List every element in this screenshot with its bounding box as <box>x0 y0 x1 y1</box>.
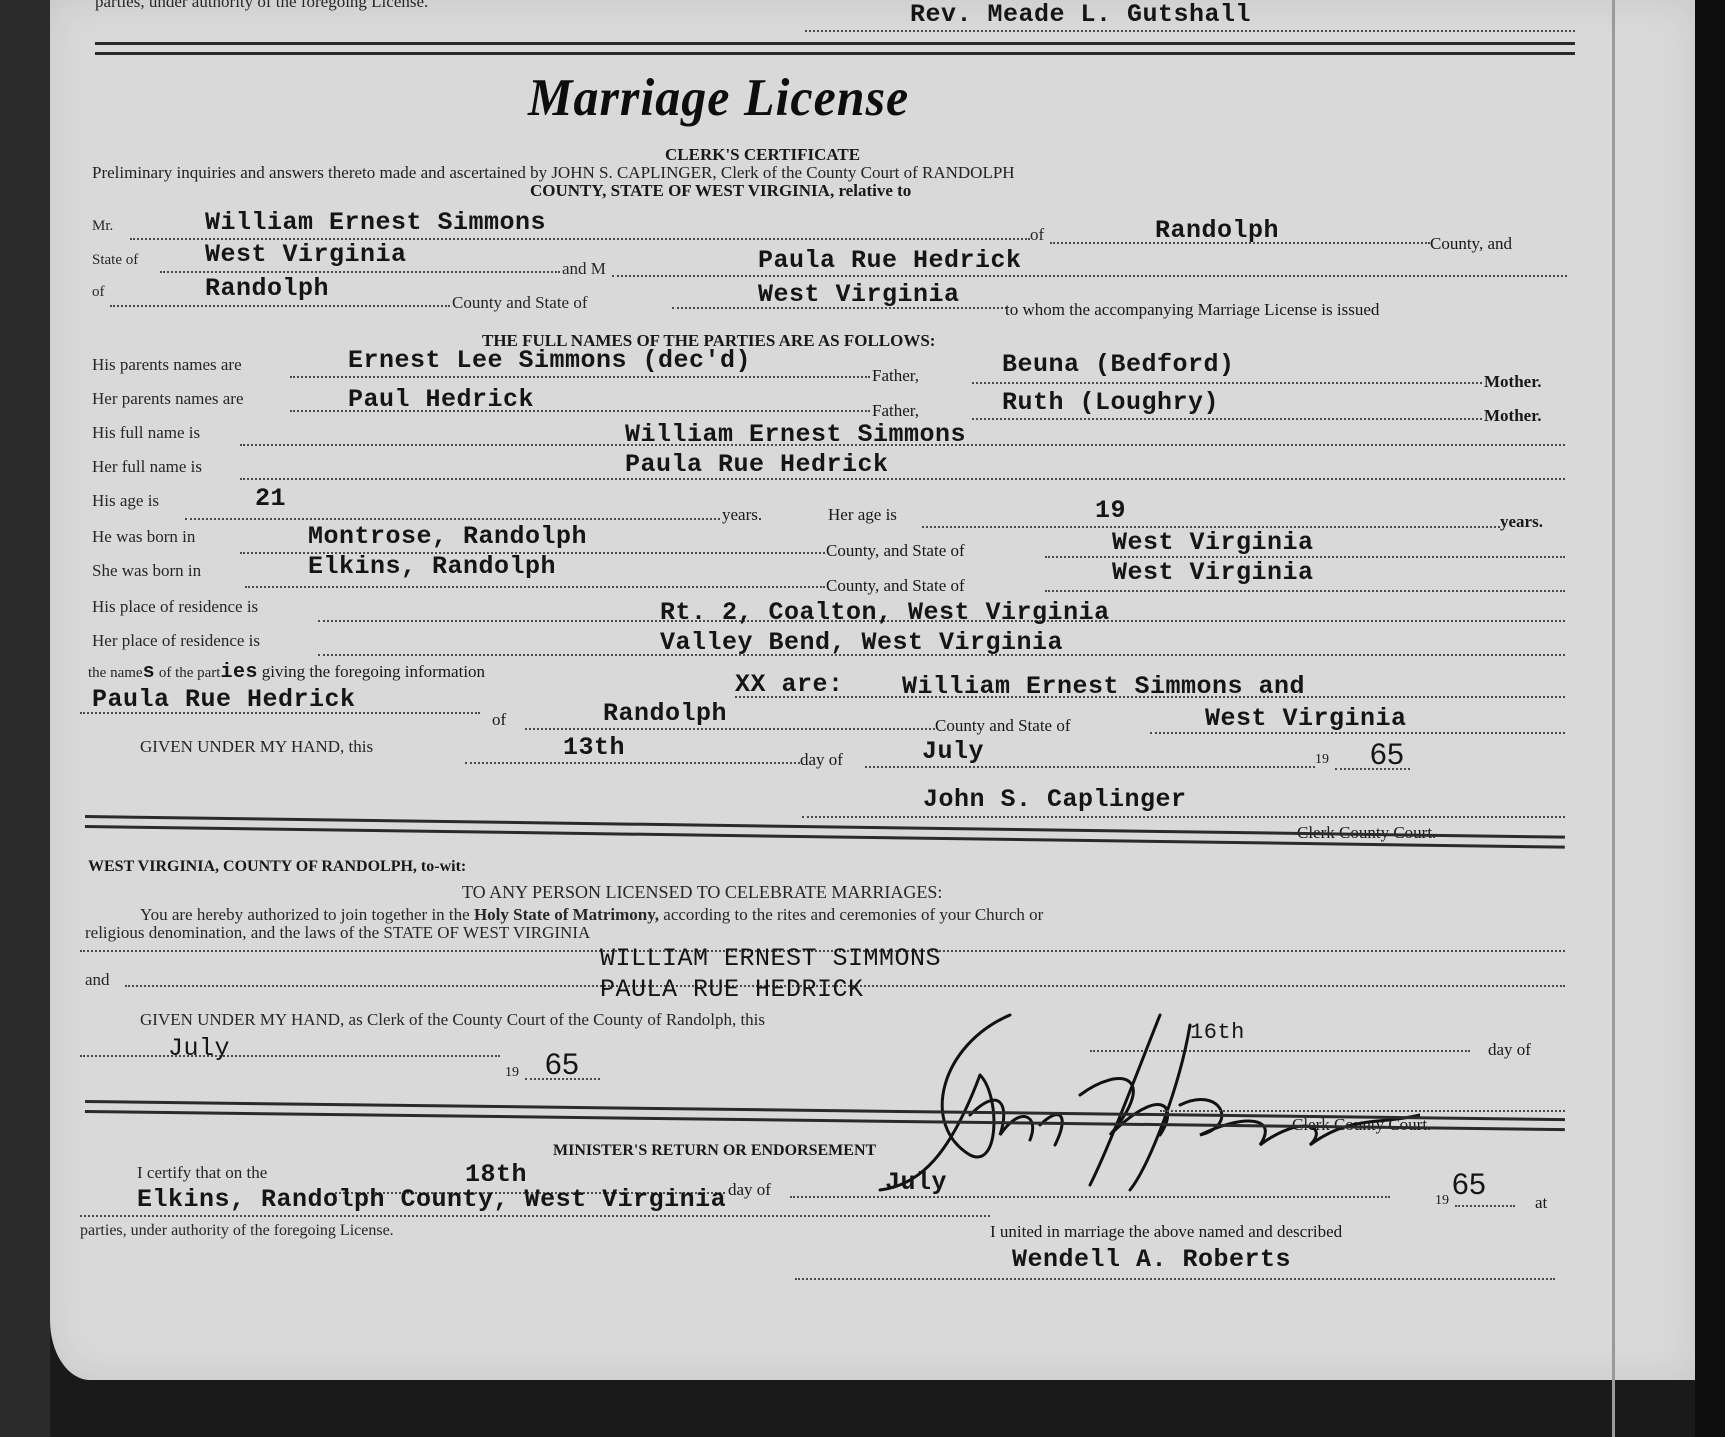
groom-state-field: West Virginia <box>205 240 407 269</box>
minister-name-field: Wendell A. Roberts <box>1012 1245 1291 1274</box>
year-prefix: 19 <box>1315 752 1329 768</box>
given-month-field: July <box>922 737 984 766</box>
informant-label-a: the names of the parties giving the fore… <box>88 661 485 684</box>
county-and-state-of-label: County, and State of <box>826 576 965 596</box>
united-label: I united in marriage the above named and… <box>990 1222 1342 1242</box>
section-divider <box>95 42 1575 55</box>
at-label: at <box>1535 1193 1547 1213</box>
she-born-county-field: Elkins, Randolph <box>308 552 556 581</box>
county-and-label: County, and <box>1430 234 1512 254</box>
groom-name-field: William Ernest Simmons <box>205 208 546 237</box>
license-body-line-1: You are hereby authorized to join togeth… <box>140 905 1043 925</box>
bride-name-caps: PAULA RUE HEDRICK <box>600 975 864 1004</box>
and-m-label: and M <box>562 259 606 279</box>
her-residence-label: Her place of residence is <box>92 631 260 651</box>
day-of-label: day of <box>728 1180 771 1200</box>
his-full-name-field: William Ernest Simmons <box>625 420 966 449</box>
his-mother-field: Beuna (Bedford) <box>1002 350 1235 379</box>
county-and-state-of-label: County, and State of <box>826 541 965 561</box>
prior-minister-name: Rev. Meade L. Gutshall <box>910 0 1251 29</box>
mother-label: Mother. <box>1484 406 1541 426</box>
her-parents-label: Her parents names are <box>92 389 244 409</box>
groom-name-caps: WILLIAM ERNEST SIMMONS <box>600 944 941 973</box>
bride-state-field: West Virginia <box>758 280 960 309</box>
his-residence-label: His place of residence is <box>92 597 258 617</box>
informant-part-text: of the part <box>159 665 221 681</box>
she-born-state-field: West Virginia <box>1112 558 1314 587</box>
his-age-label: His age is <box>92 491 159 511</box>
he-born-county-field: Montrose, Randolph <box>308 522 587 551</box>
year-prefix: 19 <box>505 1065 519 1081</box>
clerks-certificate-heading: CLERK'S CERTIFICATE <box>665 145 860 165</box>
intro-line-1: Preliminary inquiries and answers theret… <box>92 163 1015 183</box>
state-of-label: State of <box>92 252 138 269</box>
dotted-line <box>790 1196 1390 1198</box>
informant-state-field: West Virginia <box>1205 704 1407 733</box>
informant-value-2: Paula Rue Hedrick <box>92 685 356 714</box>
minister-year-field: 65 <box>1452 1168 1486 1202</box>
intro-line-2: COUNTY, STATE OF WEST VIRGINIA, relative… <box>530 181 911 201</box>
license-year-field: 65 <box>545 1048 579 1082</box>
years-label: years. <box>1500 512 1543 532</box>
informant-county-state-label: County and State of <box>935 716 1071 736</box>
informant-s-suffix: s <box>143 661 156 684</box>
minister-month-field: July <box>885 1168 947 1197</box>
certify-label: I certify that on the <box>137 1163 267 1183</box>
page-title: Marriage License <box>528 67 909 128</box>
license-given-label: GIVEN UNDER MY HAND, as Clerk of the Cou… <box>140 1010 765 1030</box>
dotted-line <box>1455 1205 1515 1207</box>
her-residence-field: Valley Bend, West Virginia <box>660 628 1063 657</box>
of-label-2: of <box>92 284 105 301</box>
dotted-line <box>802 816 1565 818</box>
dotted-line <box>972 418 1482 420</box>
dotted-line <box>110 305 450 307</box>
informant-are-text: XX are: <box>735 670 844 699</box>
dotted-line <box>465 762 800 764</box>
informant-name-text: the name <box>88 665 143 681</box>
given-under-hand-label: GIVEN UNDER MY HAND, this <box>140 737 373 757</box>
and-label: and <box>85 970 110 990</box>
day-of-label: day of <box>1488 1040 1531 1060</box>
informant-of-label: of <box>492 710 506 730</box>
dotted-line <box>525 728 935 730</box>
dotted-line <box>80 1215 990 1217</box>
dotted-line <box>185 518 720 520</box>
holy-state-text: Holy State of Matrimony, <box>474 905 659 924</box>
dotted-line <box>290 376 870 378</box>
to-any-person-heading: TO ANY PERSON LICENSED TO CELEBRATE MARR… <box>462 882 942 903</box>
dotted-line <box>240 478 1565 480</box>
his-residence-field: Rt. 2, Coalton, West Virginia <box>660 598 1110 627</box>
dotted-line <box>1160 1110 1565 1112</box>
page-fold-line <box>1612 0 1615 1437</box>
license-month-field: July <box>168 1034 230 1063</box>
father-label: Father, <box>872 401 919 421</box>
dotted-line <box>865 766 1315 768</box>
scan-right-border <box>1695 0 1725 1437</box>
to-whom-label: to whom the accompanying Marriage Licens… <box>1005 300 1379 320</box>
given-day-field: 13th <box>563 733 625 762</box>
informant-county-field: Randolph <box>603 699 727 728</box>
marriage-place-field: Elkins, Randolph County, West Virginia <box>137 1185 726 1214</box>
informant-giving-text: giving the foregoing information <box>262 662 485 681</box>
dotted-line <box>245 586 825 588</box>
year-prefix: 19 <box>1435 1193 1449 1209</box>
bride-name-field: Paula Rue Hedrick <box>758 246 1022 275</box>
dotted-line <box>612 275 1567 277</box>
given-year-field: 65 <box>1370 738 1404 772</box>
scan-left-border <box>0 0 50 1437</box>
license-body-line-2: religious denomination, and the laws of … <box>85 923 590 943</box>
dotted-line <box>160 271 560 273</box>
county-state-label: County and State of <box>452 293 588 313</box>
license-body-text-a: You are hereby authorized to join togeth… <box>140 905 470 924</box>
his-full-name-label: His full name is <box>92 423 200 443</box>
prior-parties-text: parties, under authority of the foregoin… <box>95 0 428 12</box>
father-label: Father, <box>872 366 919 386</box>
his-age-field: 21 <box>255 484 286 513</box>
his-parents-label: His parents names are <box>92 355 242 375</box>
license-heading: WEST VIRGINIA, COUNTY OF RANDOLPH, to-wi… <box>88 858 466 876</box>
minister-return-heading: MINISTER'S RETURN OR ENDORSEMENT <box>553 1142 876 1160</box>
dotted-line <box>972 382 1482 384</box>
parties-authority-label: parties, under authority of the foregoin… <box>80 1222 394 1240</box>
clerk-name-typed: John S. Caplinger <box>923 785 1187 814</box>
dotted-line <box>805 30 1575 32</box>
mr-label: Mr. <box>92 218 113 235</box>
of-label: of <box>1030 225 1044 245</box>
he-born-state-field: West Virginia <box>1112 528 1314 557</box>
dotted-line <box>795 1278 1555 1280</box>
groom-county-field: Randolph <box>1155 216 1279 245</box>
her-full-name-label: Her full name is <box>92 457 202 477</box>
he-born-label: He was born in <box>92 527 195 547</box>
his-father-field: Ernest Lee Simmons (dec'd) <box>348 346 751 375</box>
her-father-field: Paul Hedrick <box>348 385 534 414</box>
she-born-label: She was born in <box>92 561 201 581</box>
clerk-signature <box>860 1005 1420 1195</box>
dotted-line <box>80 1055 500 1057</box>
dotted-line <box>80 712 480 714</box>
her-full-name-field: Paula Rue Hedrick <box>625 450 889 479</box>
years-label: years. <box>722 505 762 525</box>
her-age-label: Her age is <box>828 505 897 525</box>
license-body-text-b: according to the rites and ceremonies of… <box>663 905 1043 924</box>
mother-label: Mother. <box>1484 372 1541 392</box>
bride-county-field: Randolph <box>205 274 329 303</box>
day-of-label: day of <box>800 750 843 770</box>
her-age-field: 19 <box>1095 496 1126 525</box>
informant-ies-suffix: ies <box>220 661 258 684</box>
dotted-line <box>1045 590 1565 592</box>
informant-value-1: William Ernest Simmons and <box>902 672 1305 701</box>
her-mother-field: Ruth (Loughry) <box>1002 388 1219 417</box>
